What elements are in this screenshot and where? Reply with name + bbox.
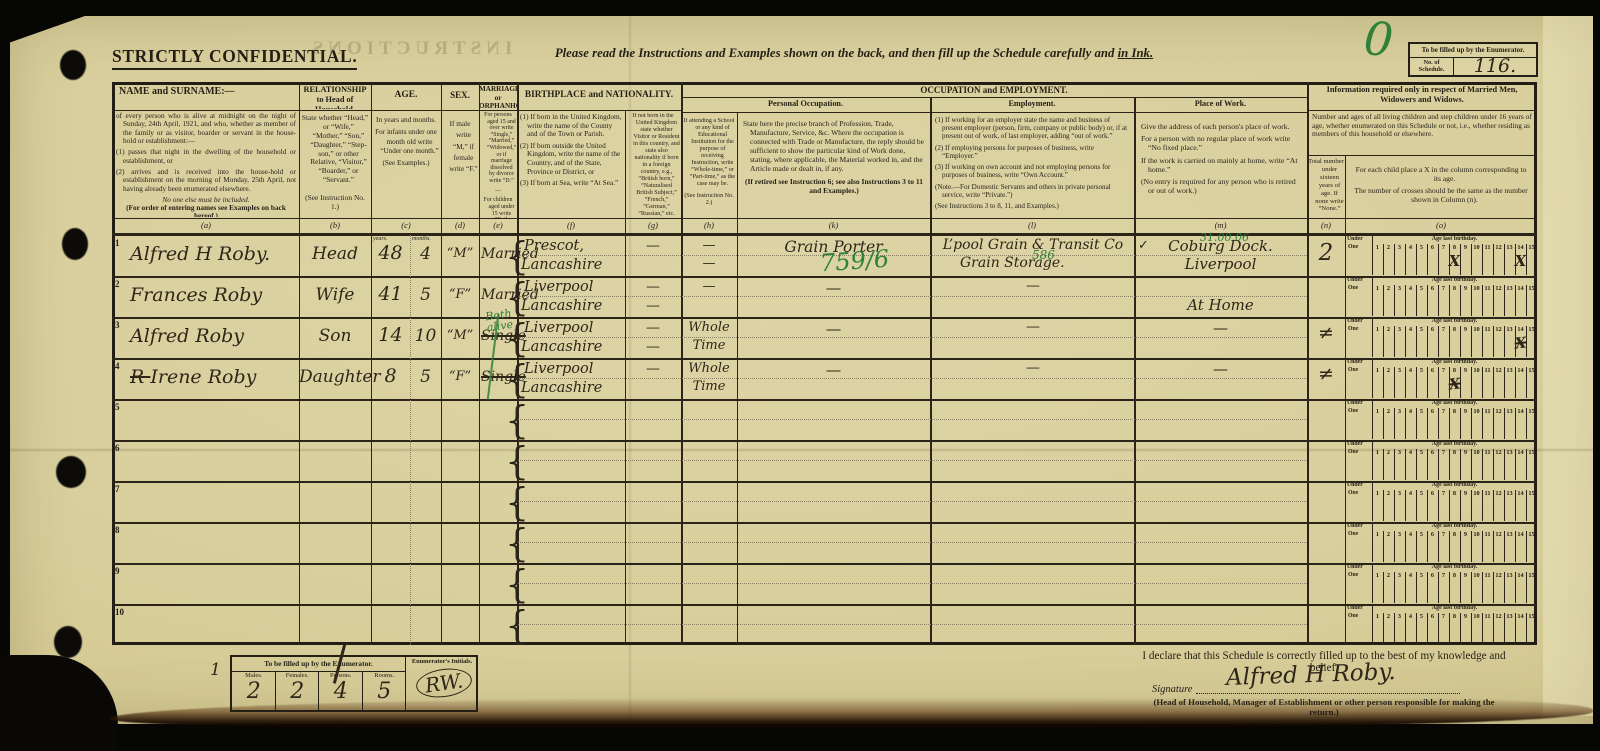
age-grid-one-label: One <box>1348 367 1358 373</box>
green-zero-annotation: 0 <box>1362 11 1395 67</box>
age-grid-column-line <box>1526 613 1527 644</box>
age-grid-column-line <box>1427 572 1428 603</box>
nationality-line1: — <box>625 361 681 377</box>
age-grid-column-line <box>1471 490 1472 521</box>
age-grid-column-line <box>1405 449 1406 480</box>
age-grid-number: 15 <box>1526 531 1537 538</box>
age-grid-number: 11 <box>1482 613 1493 620</box>
age-grid-number: 2 <box>1383 408 1394 415</box>
age-grid-number: 3 <box>1394 490 1405 497</box>
fill-in-ink-instruction: Please read the Instructions and Example… <box>555 46 1118 60</box>
age-grid-number: 6 <box>1427 285 1438 292</box>
age-grid-number: 6 <box>1427 449 1438 456</box>
age-grid-number: 15 <box>1526 490 1537 497</box>
age-cross-mark: X <box>1514 252 1527 270</box>
age-grid-under-divider <box>1372 318 1373 357</box>
col-e-instructions: For persons aged 15 and over write “Sing… <box>480 112 516 218</box>
in-ink-underline: in Ink. <box>1118 46 1154 60</box>
col-a-note2: (For order of entering names see Example… <box>116 204 296 217</box>
age-grid-number: 4 <box>1405 572 1416 579</box>
age-grid-number: 10 <box>1471 613 1482 620</box>
age-grid-number: 2 <box>1383 572 1394 579</box>
age-grid-column-line <box>1482 326 1483 357</box>
age-grid-number: 7 <box>1438 367 1449 374</box>
age-grid-number: 13 <box>1504 367 1515 374</box>
age-grid-number: 7 <box>1438 244 1449 251</box>
half-row-divider <box>517 624 1307 625</box>
col-k-instructions: State here the precise branch of Profess… <box>743 119 925 173</box>
age-grid-column-line <box>1471 613 1472 644</box>
age-grid-column-line <box>1416 572 1417 603</box>
age-grid-number: 8 <box>1449 285 1460 292</box>
age-grid-number: 12 <box>1493 408 1504 415</box>
age-grid-column-line <box>1493 326 1494 357</box>
age-grid-column-line <box>1515 367 1516 398</box>
col-h-note: (See Instruction No. 2.) <box>682 193 736 207</box>
school-line1: — <box>681 238 737 253</box>
col-c-title: AGE. <box>371 90 441 104</box>
age-grid-number: 14 <box>1515 531 1526 538</box>
age-grid-number: 12 <box>1493 326 1504 333</box>
age-grid-number: 14 <box>1515 490 1526 497</box>
age-grid-column-line <box>1471 244 1472 275</box>
row-number: 1 <box>115 238 120 248</box>
column-letter: (g) <box>625 220 681 233</box>
age-grid-number: 11 <box>1482 572 1493 579</box>
age-grid-number: 5 <box>1416 367 1427 374</box>
age-grid-column-line <box>1504 572 1505 603</box>
age-years-value: 8 <box>371 365 410 387</box>
age-grid-column-line <box>1526 408 1527 439</box>
age-grid-column-line <box>1438 490 1439 521</box>
instruction-paragraph: If the work is carried on mainly at home… <box>1148 156 1301 174</box>
age-grid-number: 5 <box>1416 408 1427 415</box>
age-years-value: 48 <box>371 242 410 264</box>
instruction-paragraph: (See Instructions 3 to 8, 11, and Exampl… <box>942 202 1130 210</box>
place-line2: At Home <box>1134 296 1307 314</box>
employer-line1: — <box>934 360 1132 376</box>
age-grid-column-line <box>1482 490 1483 521</box>
school-line1: Whole <box>681 320 737 335</box>
age-grid-column-line <box>1526 285 1527 316</box>
nationality-line1: — <box>625 279 681 295</box>
age-grid-number: 9 <box>1460 490 1471 497</box>
age-grid-column-line <box>1427 367 1428 398</box>
h-line <box>112 481 1537 483</box>
bleedthrough-text: INSTRUCTIONS <box>250 38 570 60</box>
age-grid-column-line <box>1449 490 1450 521</box>
age-grid-column-line <box>1427 244 1428 275</box>
age-grid-column-line <box>1526 572 1527 603</box>
age-grid-column-line <box>1482 244 1483 275</box>
age-grid-column-line <box>1427 408 1428 439</box>
age-grid-number: 11 <box>1482 367 1493 374</box>
age-grid-number: 15 <box>1526 285 1537 292</box>
age-grid-under-label: Under <box>1347 523 1363 529</box>
page-edge-strip <box>1543 16 1593 716</box>
age-grid-column-line <box>1515 613 1516 644</box>
age-grid-number: 9 <box>1460 531 1471 538</box>
punch-hole <box>54 626 82 658</box>
column-letter: (h) <box>681 220 737 233</box>
h-line <box>112 522 1537 524</box>
age-grid-column-line <box>1482 613 1483 644</box>
age-grid-column-line <box>1405 613 1406 644</box>
age-grid-under-label: Under <box>1347 482 1363 488</box>
age-grid-number: 3 <box>1394 367 1405 374</box>
age-grid-column-line <box>1383 326 1384 357</box>
age-grid-column-line <box>1482 531 1483 562</box>
age-grid-number: 14 <box>1515 449 1526 456</box>
age-grid-number: 7 <box>1438 490 1449 497</box>
name-value: Alfred H Roby. <box>130 243 270 265</box>
col-h-instructions: If attending a School or any kind of Edu… <box>682 118 736 188</box>
punch-hole <box>62 228 88 260</box>
age-grid-column-line <box>1427 285 1428 316</box>
age-grid-number: 9 <box>1460 367 1471 374</box>
instruction-paragraph: (See Examples.) <box>380 159 439 168</box>
age-grid-number: 1 <box>1372 531 1383 538</box>
enumerator-cell-label: Rooms. <box>363 672 407 679</box>
age-grid-number: 11 <box>1482 326 1493 333</box>
age-grid-under-label: Under <box>1347 400 1363 406</box>
age-years-value: 41 <box>371 283 410 305</box>
age-grid-number: 6 <box>1427 367 1438 374</box>
age-grid-column-line <box>1416 244 1417 275</box>
age-grid-column-line <box>1383 244 1384 275</box>
age-grid-number: 14 <box>1515 408 1526 415</box>
instruction-paragraph: (Note.—For Domestic Servants and others … <box>942 183 1130 199</box>
age-grid-column-line <box>1515 572 1516 603</box>
age-grid-one-label: One <box>1348 408 1358 414</box>
age-grid-column-line <box>1460 408 1461 439</box>
age-grid-number: 9 <box>1460 408 1471 415</box>
col-e-title: MARRIAGE or ORPHANHOOD. <box>479 85 517 109</box>
birthplace-line2: Lancashire <box>521 380 602 396</box>
age-grid-under-divider <box>1372 605 1373 644</box>
schedule-number-value: 116. <box>1458 55 1532 77</box>
birthplace-brace: { <box>505 398 529 442</box>
school-line1: — <box>681 279 737 294</box>
age-grid-column-line <box>1438 449 1439 480</box>
age-grid-column-line <box>1526 490 1527 521</box>
age-grid-number: 15 <box>1526 449 1537 456</box>
age-grid-number: 6 <box>1427 326 1438 333</box>
age-grid-column-line <box>1394 572 1395 603</box>
age-grid-under-divider <box>1372 441 1373 480</box>
sex-value: “F” <box>441 369 479 384</box>
age-grid-column-line <box>1493 449 1494 480</box>
age-grid-number: 6 <box>1427 531 1438 538</box>
enumerator-cell-value: 4 <box>319 679 363 704</box>
age-grid-under-divider <box>1372 277 1373 316</box>
age-grid-column-line <box>1405 572 1406 603</box>
age-grid-column-line <box>1493 572 1494 603</box>
relationship-value: Wife <box>299 285 371 305</box>
age-grid-column-line <box>1449 572 1450 603</box>
age-grid-column-line <box>1438 244 1439 275</box>
age-grid-number: 2 <box>1383 449 1394 456</box>
age-grid-number: 12 <box>1493 367 1504 374</box>
column-letter: (a) <box>113 220 299 233</box>
age-grid-number: 14 <box>1515 613 1526 620</box>
age-months-value: 5 <box>410 285 441 305</box>
occupation-value: — <box>737 279 930 297</box>
v-line <box>371 82 372 645</box>
instruction-paragraph: — <box>487 188 516 195</box>
age-grid-column-line <box>1416 367 1417 398</box>
birthplace-brace: { <box>505 603 529 647</box>
age-grid-column-line <box>1504 285 1505 316</box>
age-grid-column-line <box>1471 367 1472 398</box>
age-grid-column-line <box>1427 613 1428 644</box>
employer-line1: — <box>934 319 1132 335</box>
age-grid-number: 2 <box>1383 613 1394 620</box>
age-grid-column-line <box>1526 449 1527 480</box>
occupation-green-code: 759/6 <box>819 245 890 278</box>
column-letter: (b) <box>299 220 371 233</box>
age-grid-number: 9 <box>1460 572 1471 579</box>
age-grid-column-line <box>1482 449 1483 480</box>
age-grid-number: 4 <box>1405 531 1416 538</box>
age-grid-number: 2 <box>1383 285 1394 292</box>
age-grid-column-line <box>1438 285 1439 316</box>
age-grid-number: 12 <box>1493 490 1504 497</box>
age-grid-number: 12 <box>1493 572 1504 579</box>
school-line2: — <box>681 256 737 271</box>
age-grid-column-line <box>1515 490 1516 521</box>
age-grid-number: 12 <box>1493 613 1504 620</box>
col-a-instructions: of every person who is alive at midnight… <box>116 112 296 193</box>
h-line <box>1307 110 1537 111</box>
age-grid-column-line <box>1405 244 1406 275</box>
age-grid-column-line <box>1394 531 1395 562</box>
age-grid-column-line <box>1460 285 1461 316</box>
age-grid-number: 3 <box>1394 326 1405 333</box>
name-value: R Irene Roby <box>130 366 256 388</box>
sex-value: “M” <box>441 328 479 343</box>
instruction-paragraph: of every person who is alive at midnight… <box>123 112 296 145</box>
punch-hole <box>60 50 86 80</box>
age-grid-column-line <box>1482 285 1483 316</box>
age-grid-column-line <box>1460 613 1461 644</box>
age-grid: UnderOneAge last birthday.12345678910111… <box>1345 317 1537 358</box>
age-grid-one-label: One <box>1348 285 1358 291</box>
age-grid-column-line <box>1405 531 1406 562</box>
age-grid-column-line <box>1471 285 1472 316</box>
age-grid-number: 10 <box>1471 367 1482 374</box>
age-grid-number: 14 <box>1515 285 1526 292</box>
col-a-title: NAME and SURNAME:— <box>115 86 301 108</box>
age-grid-number: 12 <box>1493 449 1504 456</box>
birthplace-brace: { <box>505 480 529 524</box>
place-line1: — <box>1134 360 1307 378</box>
age-grid-number: 7 <box>1438 449 1449 456</box>
age-grid-number: 13 <box>1504 285 1515 292</box>
col-o-instructions: For each child place a X in the column c… <box>1352 165 1530 217</box>
row-number: 10 <box>115 607 124 617</box>
age-grid-column-line <box>1394 244 1395 275</box>
age-grid-column-line <box>1394 367 1395 398</box>
married-info-title: Information required only in respect of … <box>1308 85 1536 109</box>
age-grid-column-line <box>1416 490 1417 521</box>
instruction-paragraph: (1) If born in the United Kingdom, write… <box>527 113 622 139</box>
age-grid-number: 6 <box>1427 490 1438 497</box>
age-grid-column-line <box>1416 613 1417 644</box>
instruction-paragraph: (3) If working on own account and not em… <box>942 163 1130 179</box>
col-n-instructions: Total number under sixteen years of age.… <box>1308 158 1344 216</box>
instruction-paragraph: For a person with no regular place of wo… <box>1148 134 1301 152</box>
age-grid-column-line <box>1405 285 1406 316</box>
column-letter: (d) <box>441 220 479 233</box>
col-d-title: SEX. <box>441 90 479 104</box>
age-grid-one-label: One <box>1348 531 1358 537</box>
age-grid-column-line <box>1493 285 1494 316</box>
age-grid-number: 15 <box>1526 326 1537 333</box>
col-c-instructions: In years and months.For infants under on… <box>373 116 439 216</box>
school-line2: Time <box>681 379 737 394</box>
name-value: Alfred Roby <box>130 325 244 347</box>
age-grid-number: 11 <box>1482 449 1493 456</box>
col-m-instructions: Give the address of each person's place … <box>1141 122 1301 196</box>
age-grid-number: 1 <box>1372 408 1383 415</box>
half-row-divider <box>517 460 1307 461</box>
age-grid-number: 2 <box>1383 367 1394 374</box>
col-k-note: (If retired see Instruction 6; see also … <box>743 177 925 195</box>
age-grid-number: 10 <box>1471 285 1482 292</box>
age-grid-number: 3 <box>1394 449 1405 456</box>
age-grid-number: 9 <box>1460 449 1471 456</box>
age-grid-number: 5 <box>1416 244 1427 251</box>
sex-value: “F” <box>441 287 479 302</box>
col-f-instructions: (1) If born in the United Kingdom, write… <box>520 113 622 188</box>
age-grid-number: 7 <box>1438 408 1449 415</box>
age-grid-number: 3 <box>1394 613 1405 620</box>
birthplace-brace: { <box>505 439 529 483</box>
birthplace-line2: Lancashire <box>521 298 602 314</box>
instruction-paragraph: In years and months. <box>380 116 439 125</box>
age-grid-number: 15 <box>1526 572 1537 579</box>
age-grid-number: 3 <box>1394 244 1405 251</box>
age-grid-column-line <box>1504 531 1505 562</box>
census-schedule-scan: STRICTLY CONFIDENTIAL. INSTRUCTIONS Plea… <box>0 0 1600 751</box>
stray-mark: 1 <box>210 660 221 680</box>
age-grid-number: 11 <box>1482 408 1493 415</box>
age-grid-number: 9 <box>1460 326 1471 333</box>
age-grid-column-line <box>1416 285 1417 316</box>
age-grid-one-label: One <box>1348 326 1358 332</box>
age-grid-column-line <box>1416 531 1417 562</box>
age-grid-column-line <box>1394 408 1395 439</box>
age-grid-under-divider <box>1372 359 1373 398</box>
age-grid-number: 8 <box>1449 613 1460 620</box>
age-grid-number: 2 <box>1383 326 1394 333</box>
age-cross-mark: X <box>1513 333 1528 352</box>
v-line <box>299 82 300 645</box>
age-grid-column-line <box>1383 449 1384 480</box>
age-grid-column-line <box>1460 449 1461 480</box>
age-grid-header: Age last birthday. <box>1372 277 1537 283</box>
age-grid-number: 9 <box>1460 244 1471 251</box>
age-grid: UnderOneAge last birthday.12345678910111… <box>1345 481 1537 522</box>
age-grid-number: 10 <box>1471 408 1482 415</box>
instruction-paragraph: (2) If employing persons for purposes of… <box>942 144 1130 160</box>
personal-occupation-subtitle: Personal Occupation. <box>681 99 930 111</box>
instruction-paragraph: For infants under one month old write “U… <box>380 128 439 156</box>
age-grid-number: 5 <box>1416 326 1427 333</box>
birthplace-line2: Lancashire <box>521 257 602 273</box>
age-grid-number: 5 <box>1416 490 1427 497</box>
enumerator-cell-label: Persons. <box>319 672 363 679</box>
age-grid-number: 9 <box>1460 613 1471 620</box>
age-grid-column-line <box>1471 449 1472 480</box>
row-number: 3 <box>115 320 120 330</box>
relationship-value: Daughter <box>299 367 371 387</box>
age-grid-column-line <box>1394 490 1395 521</box>
age-grid-column-line <box>1504 367 1505 398</box>
col-b-instructions: State whether “Head,” or “Wife,” “Mother… <box>301 114 369 185</box>
signature-label: Signature <box>1152 684 1192 695</box>
age-grid-one-label: One <box>1348 449 1358 455</box>
punch-hole <box>56 456 86 488</box>
marriage-green-note: Both alive <box>485 307 522 334</box>
age-grid-number: 12 <box>1493 285 1504 292</box>
age-grid-one-label: One <box>1348 613 1358 619</box>
col-g-instructions: If not born in the United Kingdom state … <box>626 113 680 217</box>
age-grid-number: 4 <box>1405 490 1416 497</box>
age-grid-number: 1 <box>1372 367 1383 374</box>
age-grid-column-line <box>1405 490 1406 521</box>
age-grid-under-label: Under <box>1347 564 1363 570</box>
instruction-paragraph: State whether “Head,” or “Wife,” “Mother… <box>308 114 369 185</box>
column-letter: (f) <box>517 220 625 233</box>
age-grid-number: 15 <box>1526 408 1537 415</box>
age-grid-number: 9 <box>1460 285 1471 292</box>
age-grid-column-line <box>1504 613 1505 644</box>
birthplace-line1: Liverpool <box>524 320 593 336</box>
instruction-paragraph: For children aged under 15 write “Both A… <box>487 197 516 218</box>
age-grid-number: 14 <box>1515 244 1526 251</box>
age-grid-column-line <box>1449 326 1450 357</box>
age-grid-column-line <box>1526 531 1527 562</box>
instruction-paragraph: State here the precise branch of Profess… <box>750 119 925 173</box>
age-grid-one-label: One <box>1348 572 1358 578</box>
age-grid-column-line <box>1526 367 1527 398</box>
age-grid-column-line <box>1493 531 1494 562</box>
h-line <box>112 233 1537 236</box>
age-grid-column-line <box>1515 449 1516 480</box>
enumerator-cell-label: Males. <box>232 672 276 679</box>
age-grid-column-line <box>1383 285 1384 316</box>
age-grid-column-line <box>1405 408 1406 439</box>
age-months-value: 4 <box>410 244 441 264</box>
age-grid-number: 1 <box>1372 613 1383 620</box>
age-grid-column-line <box>1383 531 1384 562</box>
employer-line1: — <box>934 278 1132 294</box>
months-unit-label: months. <box>412 236 431 242</box>
h-line <box>112 399 1537 401</box>
age-grid: UnderOneAge last birthday.12345678910111… <box>1345 399 1537 440</box>
age-grid-column-line <box>1471 531 1472 562</box>
age-grid-column-line <box>1493 490 1494 521</box>
age-grid: UnderOneAge last birthday.12345678910111… <box>1345 522 1537 563</box>
age-grid-number: 10 <box>1471 326 1482 333</box>
age-grid-number: 11 <box>1482 490 1493 497</box>
instruction-paragraph: Total number under sixteen years of age.… <box>1315 158 1344 213</box>
age-grid-column-line <box>1515 531 1516 562</box>
age-grid-number: 10 <box>1471 572 1482 579</box>
age-grid-number: 14 <box>1515 367 1526 374</box>
